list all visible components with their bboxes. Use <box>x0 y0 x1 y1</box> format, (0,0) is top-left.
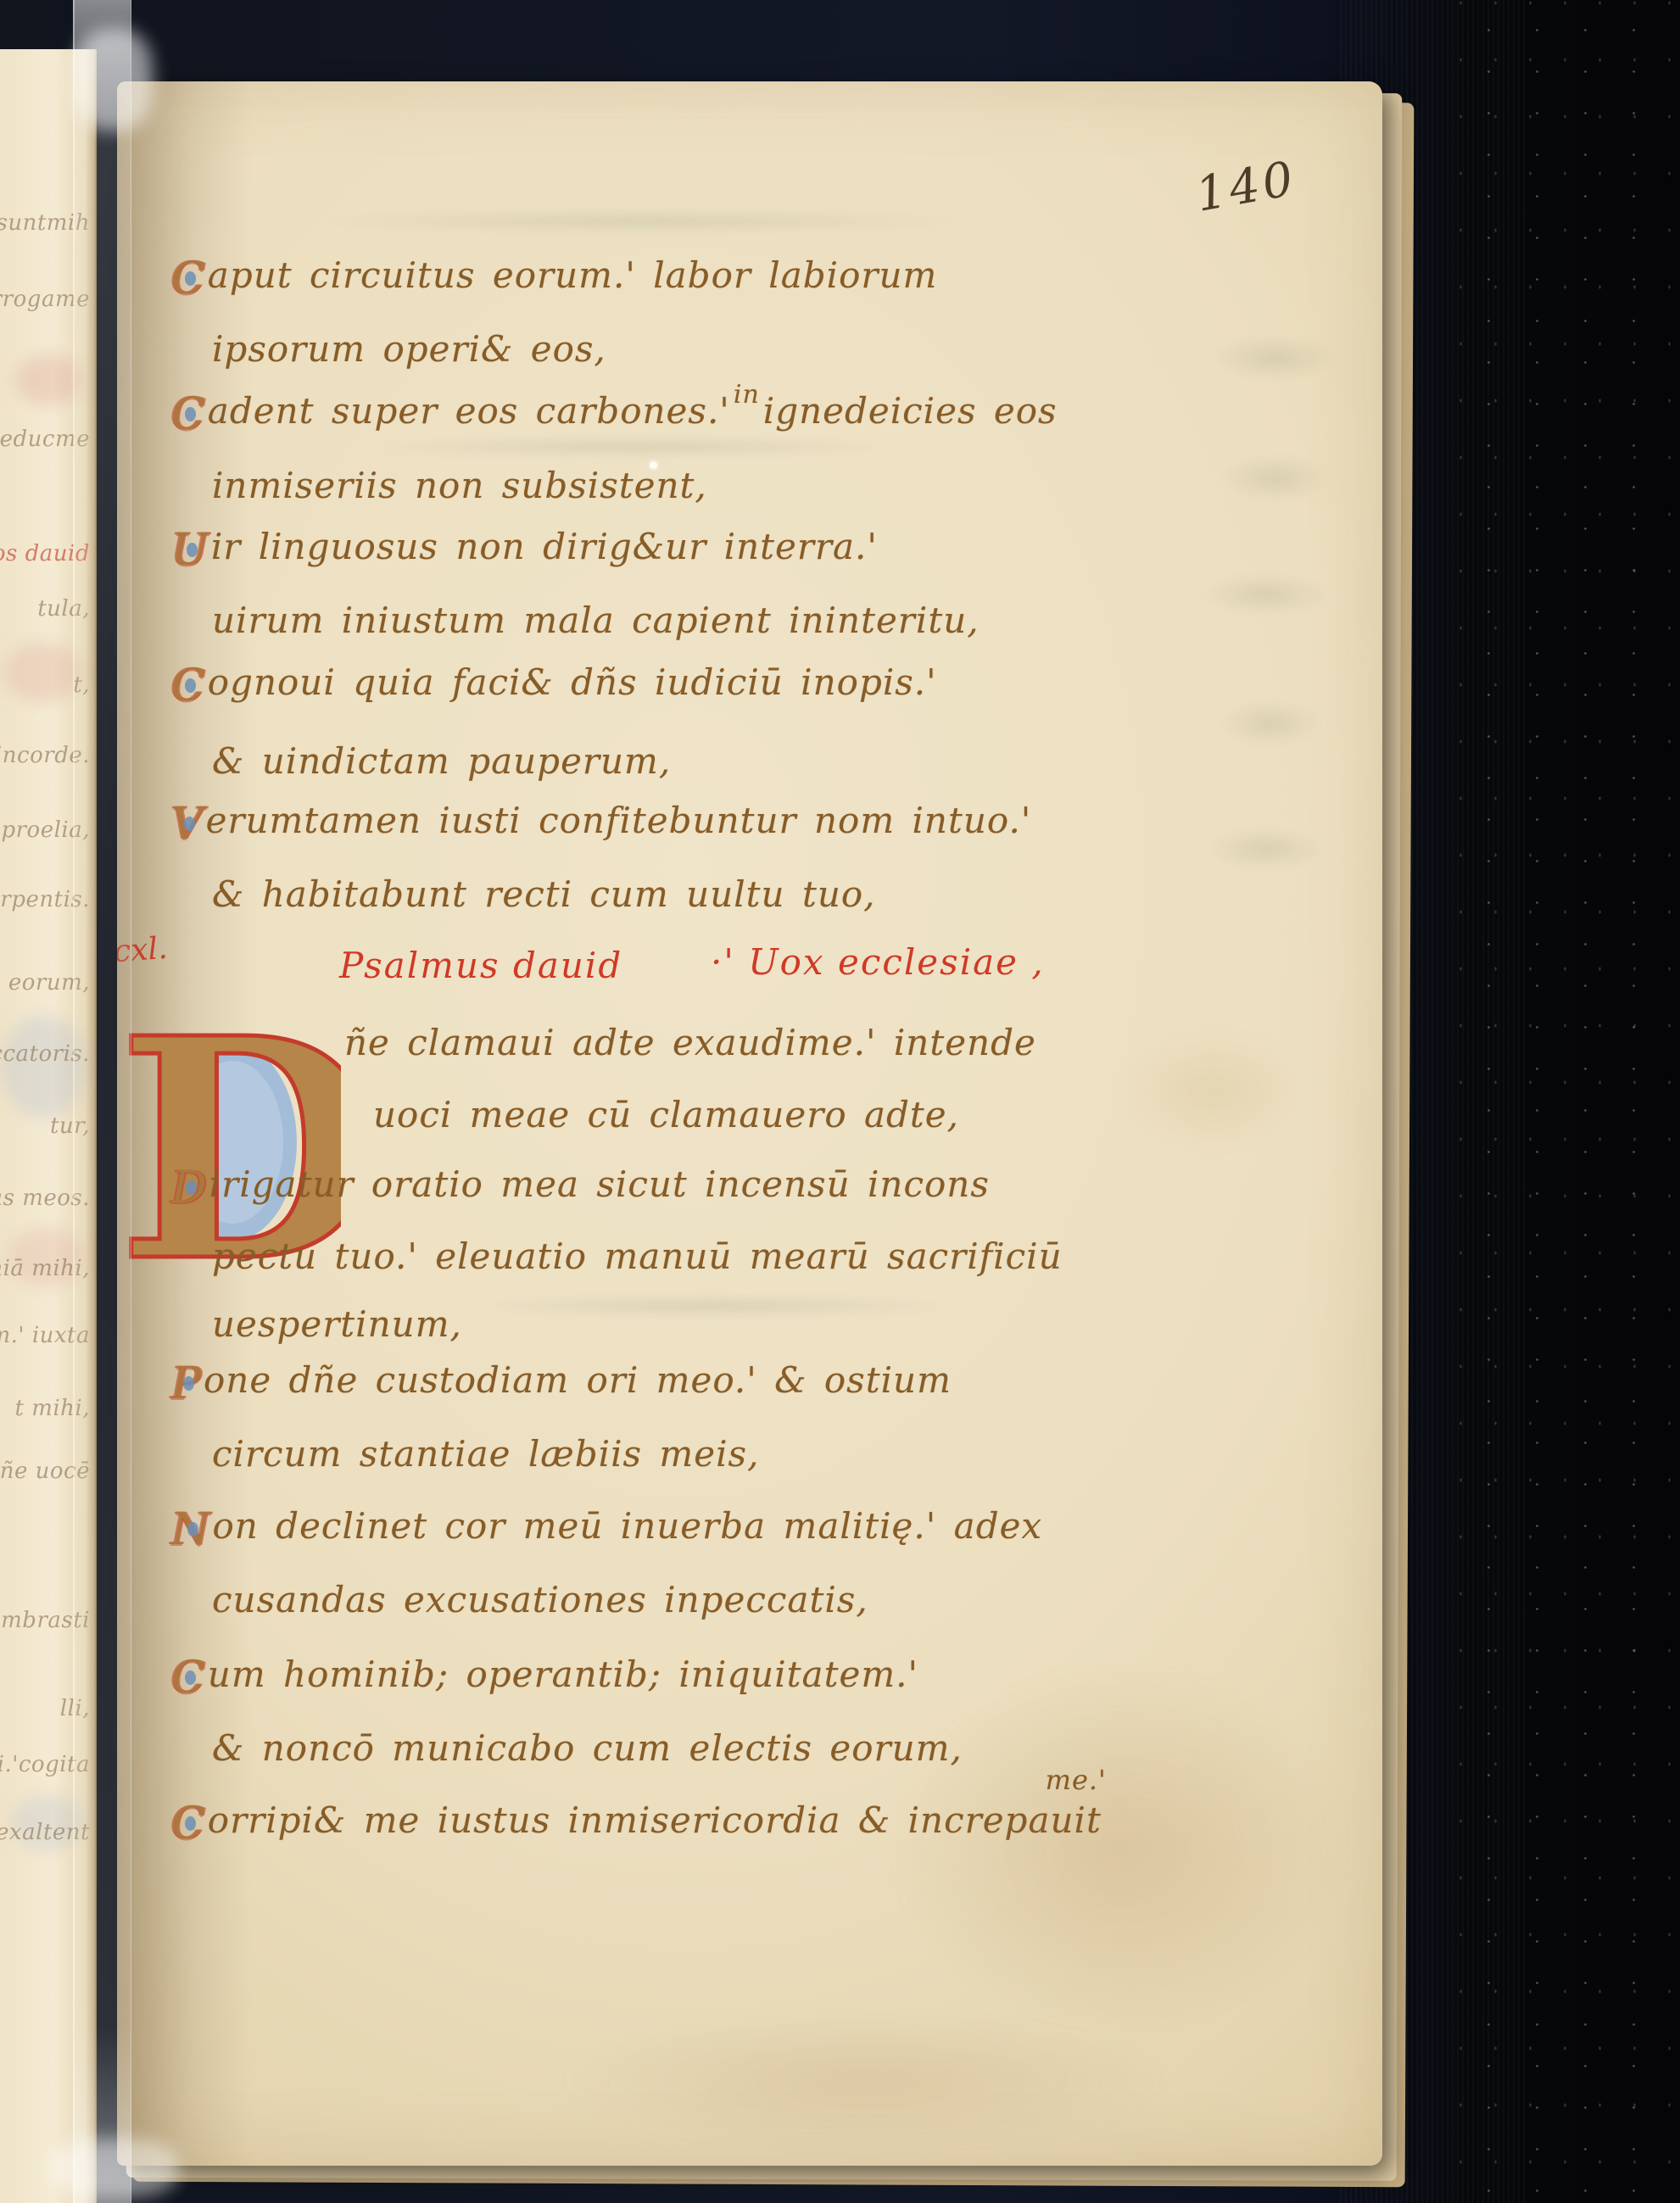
versal-initial: N <box>171 1508 211 1552</box>
ink-ghost <box>321 209 965 234</box>
rubric-voice-label: ·' Uox ecclesiae , <box>711 941 1045 983</box>
manuscript-page: 140 cxl. Psalmus dauid ·' Uox ecclesiae … <box>117 81 1382 2166</box>
line-text: ipsorum operi& eos, <box>212 328 606 370</box>
versal-initial: C <box>171 257 206 301</box>
line-text: on declinet cor meū inuerba malitię.' ad… <box>213 1505 1043 1547</box>
line-text-tail: ignedeicies eos <box>763 390 1058 432</box>
versal-initial: D <box>171 1166 208 1210</box>
line-text: inmiseriis non subsistent, <box>212 465 707 506</box>
parchment-stain <box>558 2013 1169 2149</box>
line-text: ñe clamaui adte exaudime.' intende <box>344 1022 1036 1063</box>
parchment-stain <box>1118 1031 1304 1150</box>
text-line: Dirigatur oratio mea sicut incensū incon… <box>171 1163 990 1210</box>
text-line: Pone dñe custodiam ori meo.' & ostium <box>171 1359 952 1406</box>
line-text: circum stantiae læbiis meis, <box>212 1433 759 1475</box>
text-line: Non declinet cor meū inuerba malitię.' a… <box>171 1505 1042 1552</box>
versal-initial: C <box>171 1802 206 1846</box>
ink-ghost <box>371 436 897 458</box>
line-text: aput circuitus eorum.' labor labiorum <box>208 254 938 296</box>
line-text: uespertinum, <box>212 1303 462 1345</box>
ink-ghost <box>473 1294 948 1318</box>
versal-initial: U <box>171 528 209 572</box>
line-text: erumtamen iusti confitebuntur nom intuo.… <box>206 800 1032 841</box>
folio-number: 140 <box>1192 151 1300 223</box>
text-line: ipsorum operi& eos, <box>212 328 606 370</box>
ink-ghost <box>1207 828 1326 870</box>
line-text: um hominib; operantib; iniquitatem.' <box>208 1654 918 1695</box>
text-line: circum stantiae læbiis meis, <box>212 1433 759 1475</box>
line-text: & habitabunt recti cum uultu tuo, <box>212 873 876 915</box>
line-text: adent super eos carbones.' <box>208 390 730 432</box>
line-text: ognoui quia faci& dñs iudiciū inopis.' <box>208 661 937 703</box>
line-text: & uindictam pauperum, <box>212 740 671 782</box>
line-text: one dñe custodiam ori meo.' & ostium <box>204 1359 952 1401</box>
text-line: & uindictam pauperum, <box>212 740 671 782</box>
line-text: uoci meae cū clamauero adte, <box>373 1094 959 1135</box>
versal-initial: V <box>171 802 204 846</box>
text-line: & habitabunt recti cum uultu tuo, <box>212 873 876 915</box>
ink-ghost <box>1211 336 1338 380</box>
text-line: uoci meae cū clamauero adte, <box>373 1094 959 1135</box>
film-strip <box>73 0 131 2203</box>
text-line: uespertinum, <box>212 1303 462 1345</box>
parchment-stain <box>890 1665 1348 2030</box>
text-line: pectu tuo.' eleuatio manuū mearū sacrifi… <box>212 1235 1063 1277</box>
text-line: Uir linguosus non dirig&ur interra.' <box>171 526 878 572</box>
versal-initial: C <box>171 664 206 708</box>
text-line: & noncō municabo cum electis eorum, <box>212 1727 963 1769</box>
showthrough-blob <box>5 643 81 702</box>
text-line: inmiseriis non subsistent, <box>212 465 707 506</box>
ink-ghost <box>1203 573 1330 616</box>
line-text: pectu tuo.' eleuatio manuū mearū sacrifi… <box>212 1235 1063 1277</box>
ink-ghost <box>1220 455 1330 502</box>
text-line: cusandas excusationes inpeccatis, <box>212 1579 868 1620</box>
text-line: Corripi& me iustus inmisericordia & incr… <box>171 1799 1102 1846</box>
text-line: Cognoui quia faci& dñs iudiciū inopis.' <box>171 661 937 708</box>
film-glint-bottom <box>51 2139 178 2198</box>
versal-initial: C <box>171 393 206 437</box>
cloth-speckle-texture <box>1459 0 1680 2203</box>
line-text: ir linguosus non dirig&ur interra.' <box>211 526 878 567</box>
text-line: Caput circuitus eorum.' labor labiorum <box>171 254 937 301</box>
versal-initial: C <box>171 1656 206 1700</box>
line-text: cusandas excusationes inpeccatis, <box>212 1579 868 1620</box>
text-line: Cadent super eos carbones.'inignedeicies… <box>171 390 1058 437</box>
line-text: & noncō municabo cum electis eorum, <box>212 1727 963 1769</box>
interlinear-gloss-end: me.' <box>1046 1764 1107 1796</box>
manuscript-photo: msfactisuntmihmtē.' interrogamemcē.' &de… <box>0 0 1680 2203</box>
versal-initial: P <box>171 1362 202 1406</box>
text-line: Cum hominib; operantib; iniquitatem.' <box>171 1654 918 1700</box>
text-line: uirum iniustum mala capient ininteritu, <box>212 600 980 641</box>
text-line: Verumtamen iusti confitebuntur nom intuo… <box>171 800 1031 846</box>
interlinear-gloss: in <box>734 380 760 410</box>
text-line: ñe clamaui adte exaudime.' intende <box>344 1022 1036 1063</box>
rubric-psalm-title: Psalmus dauid <box>339 945 622 986</box>
film-glint-top <box>75 29 153 131</box>
ink-ghost <box>1220 700 1321 746</box>
line-text: uirum iniustum mala capient ininteritu, <box>212 600 980 641</box>
line-text: irigatur oratio mea sicut incensū incons <box>209 1163 990 1205</box>
line-text: orripi& me iustus inmisericordia & incre… <box>208 1799 1102 1841</box>
